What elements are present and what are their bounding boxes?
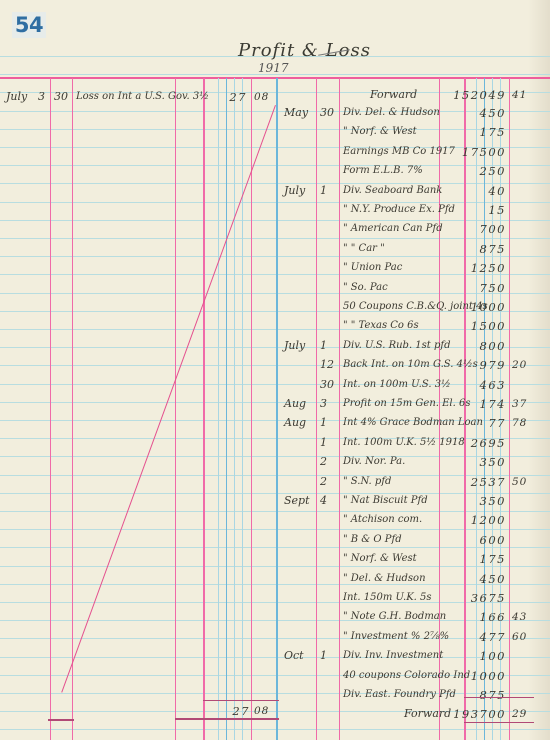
- entry-amount: 1500: [440, 319, 506, 333]
- entry-amount: 350: [440, 494, 506, 508]
- entry-amount: 166: [440, 610, 506, 624]
- entry-day: 2: [320, 475, 338, 489]
- entry-cents: 50: [512, 475, 527, 489]
- entry-description: " Union Pac: [343, 261, 402, 275]
- rule-center: [276, 78, 278, 740]
- rule-left-ref: [72, 78, 73, 740]
- left-total-amount: 27: [212, 704, 250, 718]
- entry-amount: 3675: [440, 591, 506, 605]
- left-date-total-rule: [48, 719, 74, 721]
- entry-amount: 174: [440, 397, 506, 411]
- right-forward-cents: 41: [512, 88, 527, 102]
- right-total-rule: [464, 722, 534, 723]
- left-amount-total-rule: [175, 718, 279, 720]
- entry-amount: 1000: [440, 300, 506, 314]
- entry-description: " " Car ": [343, 242, 385, 256]
- entry-description: " So. Pac: [343, 281, 388, 295]
- entry-amount: 463: [440, 378, 506, 392]
- entry-amount: 1000: [440, 669, 506, 683]
- entry-month: Oct: [284, 649, 304, 663]
- ruled-line: [0, 238, 550, 239]
- entry-month: July: [284, 339, 305, 353]
- entry-month: Aug: [284, 416, 306, 430]
- entry-amount: 750: [440, 281, 506, 295]
- entry-description: Div. Inv. Investment: [343, 649, 443, 663]
- right-carried-forward-amount: 193700: [440, 707, 506, 721]
- entry-amount: 2695: [440, 436, 506, 450]
- entry-description: " Del. & Hudson: [343, 572, 426, 586]
- entry-cents: 20: [512, 358, 527, 372]
- left-entry-day: 3: [38, 90, 45, 104]
- entry-day: 2: [320, 455, 338, 469]
- entry-description: " Atchison com.: [343, 513, 422, 527]
- rule-right-date: [316, 78, 317, 740]
- ruled-line: [0, 511, 550, 512]
- entry-amount: 15: [440, 203, 506, 217]
- entry-amount: 1250: [440, 261, 506, 275]
- entry-amount: 477: [440, 630, 506, 644]
- entry-description: Div. U.S. Rub. 1st pfd: [343, 339, 451, 353]
- entry-amount: 875: [440, 688, 506, 702]
- entry-description: " N.Y. Produce Ex. Pfd: [343, 203, 455, 217]
- left-amount-subtotal-rule: [203, 700, 279, 701]
- entry-day: 30: [320, 378, 338, 392]
- entry-amount: 875: [440, 242, 506, 256]
- right-forward-label: Forward: [370, 88, 417, 102]
- entry-amount: 175: [440, 552, 506, 566]
- ruled-line: [0, 220, 550, 221]
- rule-right-ref: [339, 78, 340, 740]
- entry-description: Int. on 100m U.S. 3½: [343, 378, 451, 392]
- right-forward-amount: 152049: [440, 88, 506, 102]
- entry-description: Form E.L.B. 7%: [343, 164, 423, 178]
- left-entry-amount: 27: [203, 90, 247, 104]
- entry-description: Div. East. Foundry Pfd: [343, 688, 456, 702]
- entry-cents: 60: [512, 630, 527, 644]
- entry-description: " S.N. pfd: [343, 475, 391, 489]
- rule-left-amount-a: [218, 78, 219, 740]
- entry-month: Aug: [284, 397, 306, 411]
- entry-amount: 1200: [440, 513, 506, 527]
- entry-cents: 37: [512, 397, 527, 411]
- rule-right-cents: [509, 78, 510, 740]
- entry-amount: 450: [440, 572, 506, 586]
- ruled-line: [0, 256, 550, 257]
- entry-amount: 77: [440, 416, 506, 430]
- rule-left-date: [50, 78, 51, 740]
- entry-month: Sept: [284, 494, 310, 508]
- entry-amount: 979: [440, 358, 506, 372]
- entry-day: 4: [320, 494, 338, 508]
- entry-day: 1: [320, 339, 338, 353]
- right-carried-forward-cents: 29: [512, 707, 527, 721]
- right-subtotal-rule: [464, 697, 534, 698]
- entry-amount: 2537: [440, 475, 506, 489]
- entry-amount: 450: [440, 106, 506, 120]
- entry-description: " Norf. & West: [343, 125, 417, 139]
- rule-left-amount-c: [234, 78, 235, 740]
- entry-month: May: [284, 106, 308, 120]
- entry-day: 3: [320, 397, 338, 411]
- page-title: Profit & Loss: [238, 40, 371, 61]
- entry-cents: 43: [512, 610, 527, 624]
- entry-amount: 250: [440, 164, 506, 178]
- entry-description: Div. Seaboard Bank: [343, 184, 442, 198]
- entry-cents: 78: [512, 416, 527, 430]
- entry-description: " B & O Pfd: [343, 533, 402, 547]
- entry-description: " Nat Biscuit Pfd: [343, 494, 428, 508]
- left-entry-ref: 30: [54, 90, 68, 104]
- page-year: 1917: [258, 61, 289, 75]
- entry-day: 1: [320, 184, 338, 198]
- left-total-cents: 08: [254, 704, 269, 718]
- ruled-line: [0, 729, 550, 730]
- entry-description: Int. 150m U.K. 5s: [343, 591, 432, 605]
- entry-amount: 40: [440, 184, 506, 198]
- entry-description: Div. Del. & Hudson: [343, 106, 440, 120]
- entry-amount: 800: [440, 339, 506, 353]
- entry-day: 30: [320, 106, 338, 120]
- rule-left-amount-d: [242, 78, 243, 740]
- entry-description: " American Can Pfd: [343, 222, 443, 236]
- entry-amount: 175: [440, 125, 506, 139]
- entry-description: Div. Nor. Pa.: [343, 455, 405, 469]
- entry-month: July: [284, 184, 305, 198]
- entry-description: " Norf. & West: [343, 552, 417, 566]
- left-entry-month: July: [6, 90, 27, 104]
- header-rule: [0, 77, 550, 79]
- rule-left-amount-start: [203, 78, 205, 740]
- rule-left-desc: [175, 78, 176, 740]
- entry-amount: 100: [440, 649, 506, 663]
- entry-description: " Note G.H. Bodman: [343, 610, 446, 624]
- entry-day: 12: [320, 358, 338, 372]
- ledger-page: 54 Profit & Loss 1917 July 3 30 Loss on …: [0, 0, 550, 740]
- rule-left-amount-b: [226, 78, 227, 740]
- entry-description: " " Texas Co 6s: [343, 319, 419, 333]
- entry-amount: 17500: [440, 145, 506, 159]
- ruled-line: [0, 566, 550, 567]
- entry-description: Earnings MB Co 1917: [343, 145, 455, 159]
- cancel-diagonal-line: [61, 105, 276, 693]
- entry-amount: 600: [440, 533, 506, 547]
- entry-amount: 350: [440, 455, 506, 469]
- left-entry-description: Loss on Int a U.S. Gov. 3½: [76, 90, 209, 104]
- entry-day: 1: [320, 649, 338, 663]
- ruled-line: [0, 529, 550, 530]
- ruled-line: [0, 547, 550, 548]
- page-number: 54: [12, 12, 46, 38]
- rule-left-cents: [251, 78, 252, 740]
- entry-description: " Investment % 2⅞%: [343, 630, 449, 644]
- entry-amount: 700: [440, 222, 506, 236]
- entry-day: 1: [320, 436, 338, 450]
- entry-day: 1: [320, 416, 338, 430]
- left-entry-cents: 08: [254, 90, 269, 104]
